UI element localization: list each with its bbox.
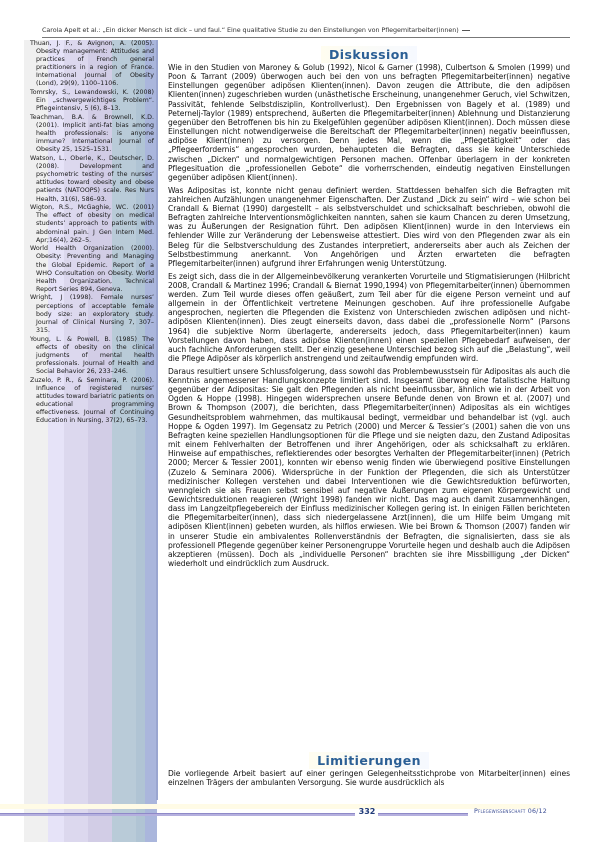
page-footer: 332 Pflegewissenschaft 06/12 — [0, 808, 595, 822]
section-heading: Diskussion — [168, 46, 570, 63]
reference-list: Thuan, J. F., & Avignon, A. (2005). Obes… — [30, 40, 154, 426]
limitations-section: Limitierungen Die vorliegende Arbeit bas… — [168, 752, 570, 791]
reference-item: Zuzelo, P. R., & Seminara, P. (2006). In… — [30, 377, 154, 426]
reference-item: Tomrsky, S., Lewandowski, K. (2008) Ein … — [30, 89, 154, 113]
header-rule-tail — [462, 30, 470, 31]
discussion-section: Diskussion Wie in den Studien von Marone… — [168, 46, 570, 572]
reference-item: Wigton, R.S., McGaghie, WC. (2001) The e… — [30, 204, 154, 244]
running-header: Carola Apelt et al.: „Ein dicker Mensch … — [42, 26, 570, 38]
body-paragraph: Was Adipositas ist, konnte nicht genau d… — [168, 186, 570, 268]
limitations-heading: Limitierungen — [309, 752, 429, 769]
reference-item: Teachman, B.A. & Brownell, K.D. (2001). … — [30, 114, 154, 154]
footer-bar-left — [0, 813, 355, 816]
body-paragraph: Wie in den Studien von Maroney & Golub (… — [168, 63, 570, 182]
reference-item: Young, L. & Powell, B. (1985) The effect… — [30, 336, 154, 376]
reference-item: World Health Organization (2000). Obesit… — [30, 245, 154, 294]
footer-bar-right — [378, 813, 468, 816]
body-paragraph: Daraus resultiert unsere Schlussfolgerun… — [168, 367, 570, 568]
journal-name: Pflegewissenschaft 06/12 — [474, 808, 547, 815]
discussion-heading: Diskussion — [321, 46, 417, 63]
page-number: 332 — [356, 807, 378, 816]
reference-item: Watson, L., Oberle, K., Deutscher, D. (2… — [30, 155, 154, 204]
section-heading: Limitierungen — [168, 752, 570, 769]
footer-highlight — [0, 804, 540, 809]
reference-item: Thuan, J. F., & Avignon, A. (2005). Obes… — [30, 40, 154, 89]
body-paragraph: Es zeigt sich, dass die in der Allgemein… — [168, 272, 570, 364]
running-title: Carola Apelt et al.: „Ein dicker Mensch … — [42, 26, 459, 34]
column-divider — [156, 40, 158, 800]
body-paragraph: Die vorliegende Arbeit basiert auf einer… — [168, 769, 570, 787]
reference-item: Wright, J (1998). Female nurses’ percept… — [30, 294, 154, 334]
